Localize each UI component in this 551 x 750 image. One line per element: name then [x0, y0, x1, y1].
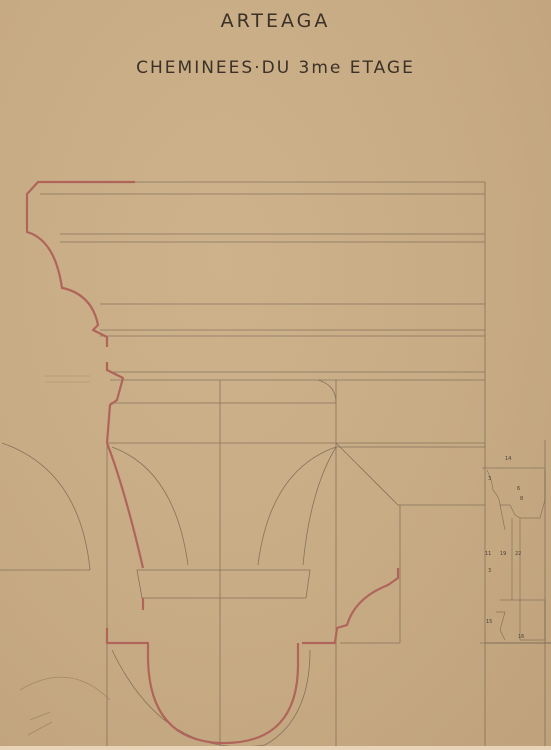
red-ink-profile	[27, 182, 398, 743]
pencil-construction-lines	[0, 182, 551, 750]
svg-text:3: 3	[488, 476, 491, 482]
svg-text:14: 14	[505, 456, 511, 462]
svg-text:3: 3	[488, 568, 491, 574]
svg-text:11: 11	[485, 551, 491, 557]
svg-text:8: 8	[520, 496, 523, 502]
paper-bottom-edge	[0, 746, 551, 750]
svg-text:6: 6	[517, 486, 520, 492]
architectural-drawing: 14 3 6 8 11 19 22 3 15 16	[0, 0, 551, 750]
svg-text:22: 22	[515, 551, 521, 557]
svg-text:19: 19	[500, 551, 506, 557]
drawing-sheet: ARTEAGA CHEMINEES·DU 3me ETAGE	[0, 0, 551, 750]
svg-text:15: 15	[486, 619, 492, 625]
svg-text:16: 16	[518, 634, 524, 640]
